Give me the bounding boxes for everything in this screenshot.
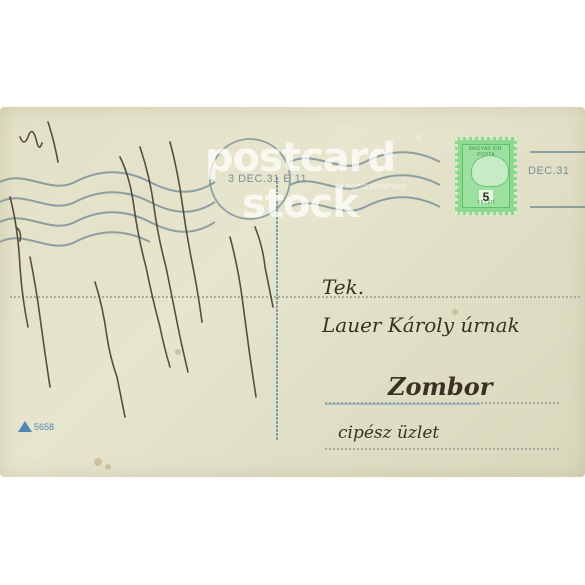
postmark-date: 3 DEC.31 E 11: [228, 173, 307, 185]
address-line-3: Zombor: [388, 372, 492, 401]
publisher-number: 5658: [34, 422, 54, 432]
stamp-frame: MAGYAR KIR. POSTA 5 FILLÉR: [462, 144, 510, 208]
publisher-mark: 5658: [18, 421, 54, 432]
watermark-registered: ®: [416, 133, 422, 142]
watermark-subtitle: all rights reserved: [300, 181, 440, 191]
postmark-date-right: DEC.31: [528, 165, 570, 177]
address-line-1: Tek.: [322, 275, 364, 299]
postcard-back: postcard stock ® all rights reserved 3 D…: [0, 107, 585, 477]
stamp-denomination: FILLÉR: [463, 200, 509, 206]
address-line-2: Lauer Károly úrnak: [322, 313, 520, 337]
address-line-4: cipész üzlet: [338, 423, 439, 443]
triangle-logo-icon: [18, 421, 32, 432]
postage-stamp: MAGYAR KIR. POSTA 5 FILLÉR: [455, 137, 517, 215]
stamp-emblem-icon: [471, 155, 509, 187]
